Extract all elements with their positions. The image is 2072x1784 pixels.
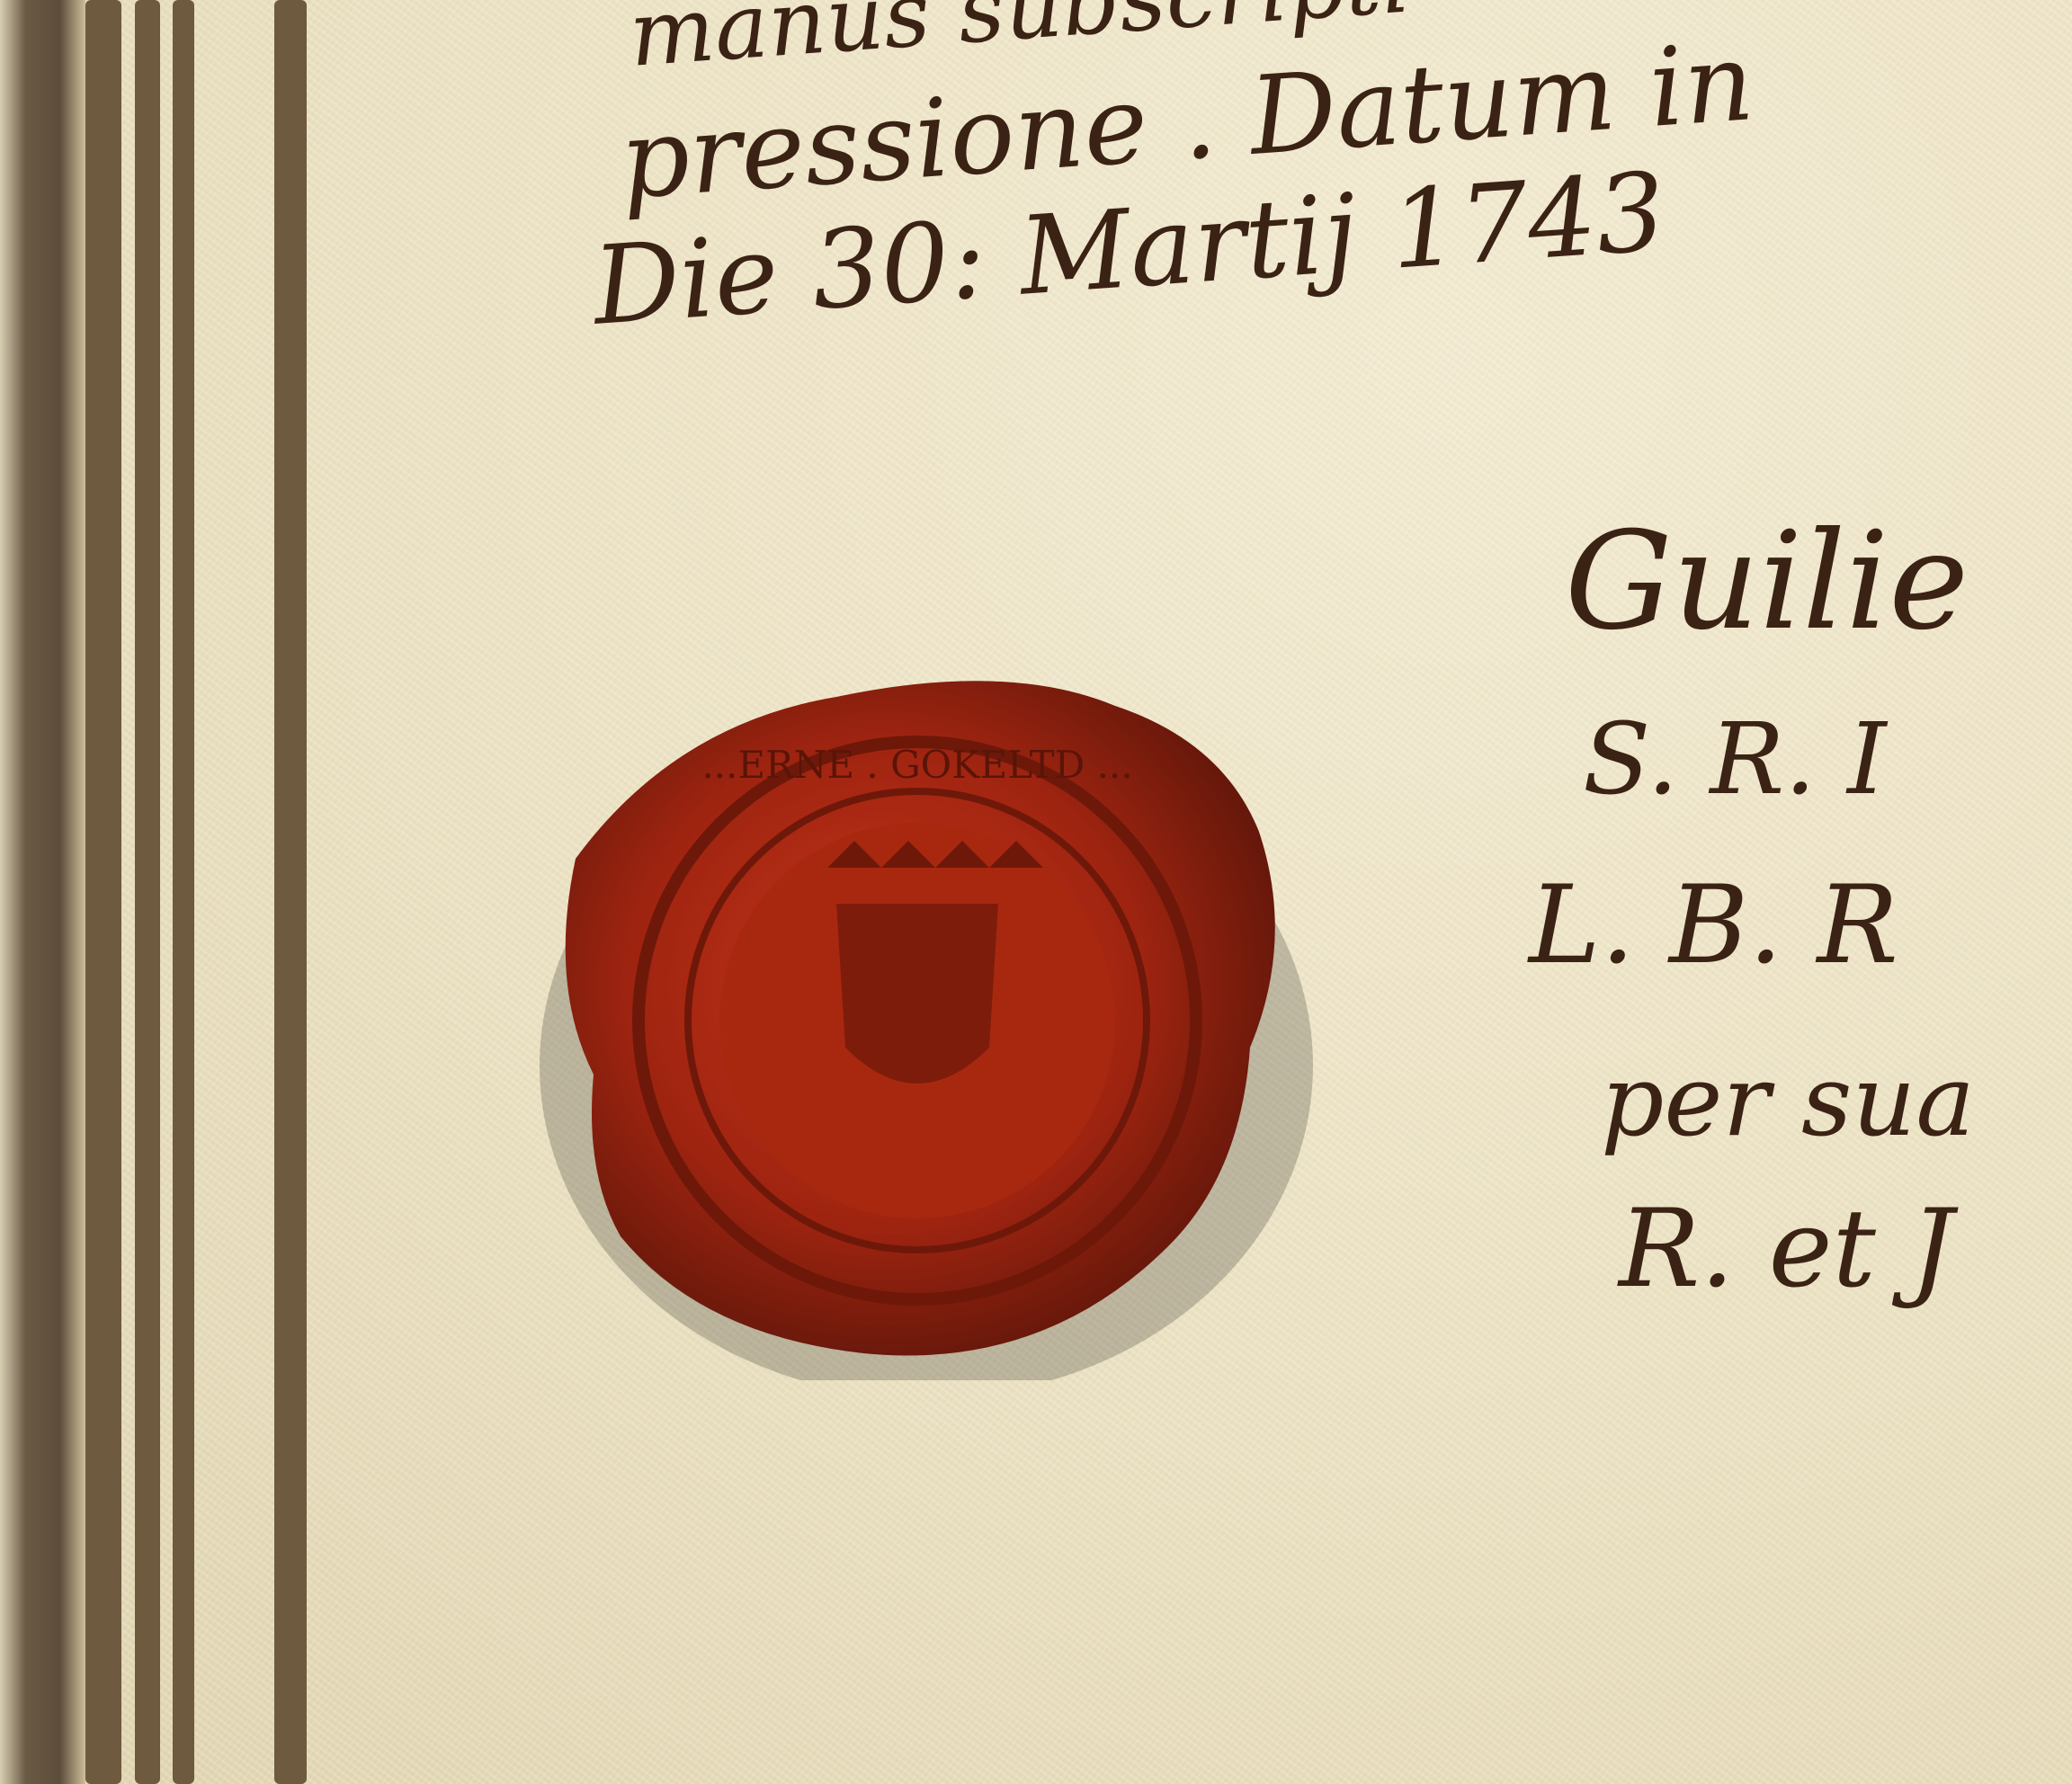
page-edge-3 <box>173 0 194 1784</box>
handwritten-name: Guilie <box>1565 504 1969 660</box>
page-edge-1 <box>85 0 121 1784</box>
handwritten-title-2: L. B. R <box>1529 863 1898 988</box>
page-edge-2 <box>135 0 160 1784</box>
handwritten-line-persua: per sua <box>1601 1043 1975 1158</box>
page-edge-4 <box>274 0 307 1784</box>
wax-seal: ...ERNE . GOKELTD ... <box>540 670 1331 1380</box>
page-shadow <box>0 0 85 1784</box>
handwritten-title-1: S. R. I <box>1583 701 1887 816</box>
folded-page-edges <box>0 0 306 1784</box>
handwritten-line-ret: R. et J <box>1619 1187 1953 1312</box>
seal-inscription: ...ERNE . GOKELTD ... <box>701 743 1132 787</box>
